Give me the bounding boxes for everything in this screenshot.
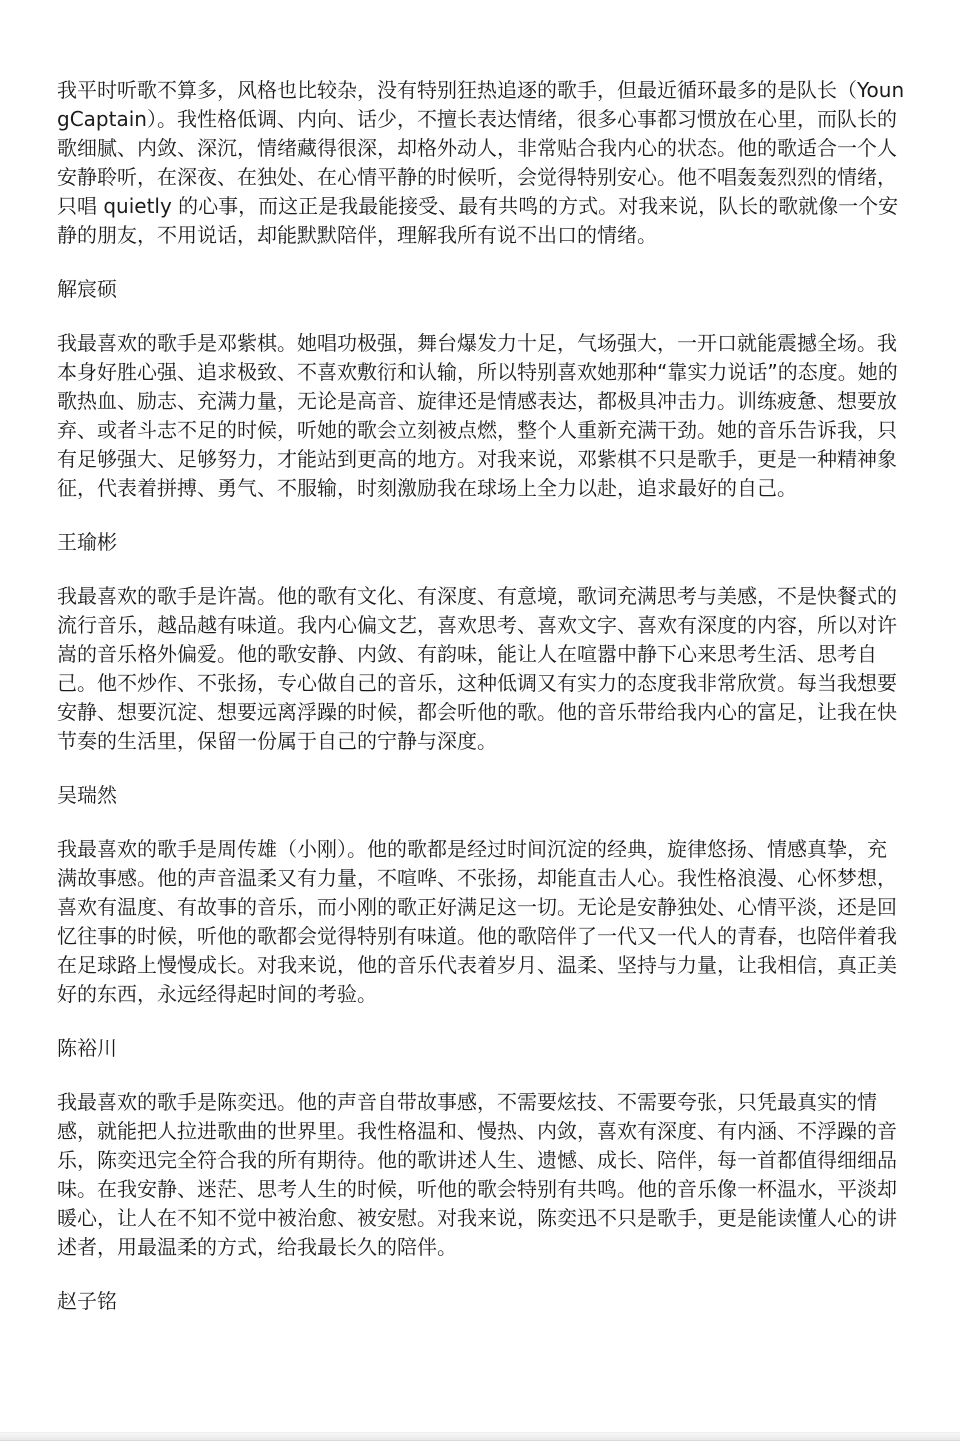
author-name: 王瑜彬 [57, 528, 905, 557]
essay-paragraph: 我最喜欢的歌手是邓紫棋。她唱功极强，舞台爆发力十足，气场强大，一开口就能震撼全场… [57, 329, 905, 503]
essay-paragraph: 我最喜欢的歌手是周传雄（小刚）。他的歌都是经过时间沉淀的经典，旋律悠扬、情感真挚… [57, 835, 905, 1009]
document-body: 我平时听歌不算多，风格也比较杂，没有特别狂热追逐的歌手，但最近循环最多的是队长（… [0, 0, 960, 1316]
horizontal-scrollbar-track[interactable] [0, 1432, 960, 1441]
essay-entry: 我平时听歌不算多，风格也比较杂，没有特别狂热追逐的歌手，但最近循环最多的是队长（… [57, 76, 905, 304]
essay-paragraph: 我平时听歌不算多，风格也比较杂，没有特别狂热追逐的歌手，但最近循环最多的是队长（… [57, 76, 905, 250]
essay-entry: 我最喜欢的歌手是邓紫棋。她唱功极强，舞台爆发力十足，气场强大，一开口就能震撼全场… [57, 329, 905, 557]
author-name: 赵子铭 [57, 1287, 905, 1316]
essay-paragraph: 我最喜欢的歌手是许嵩。他的歌有文化、有深度、有意境，歌词充满思考与美感，不是快餐… [57, 582, 905, 756]
essay-entry: 我最喜欢的歌手是陈奕迅。他的声音自带故事感，不需要炫技、不需要夸张，只凭最真实的… [57, 1088, 905, 1316]
author-name: 吴瑞然 [57, 781, 905, 810]
author-name: 解宸硕 [57, 275, 905, 304]
essay-entry: 我最喜欢的歌手是许嵩。他的歌有文化、有深度、有意境，歌词充满思考与美感，不是快餐… [57, 582, 905, 810]
essay-entry: 我最喜欢的歌手是周传雄（小刚）。他的歌都是经过时间沉淀的经典，旋律悠扬、情感真挚… [57, 835, 905, 1063]
essay-paragraph: 我最喜欢的歌手是陈奕迅。他的声音自带故事感，不需要炫技、不需要夸张，只凭最真实的… [57, 1088, 905, 1262]
author-name: 陈裕川 [57, 1034, 905, 1063]
